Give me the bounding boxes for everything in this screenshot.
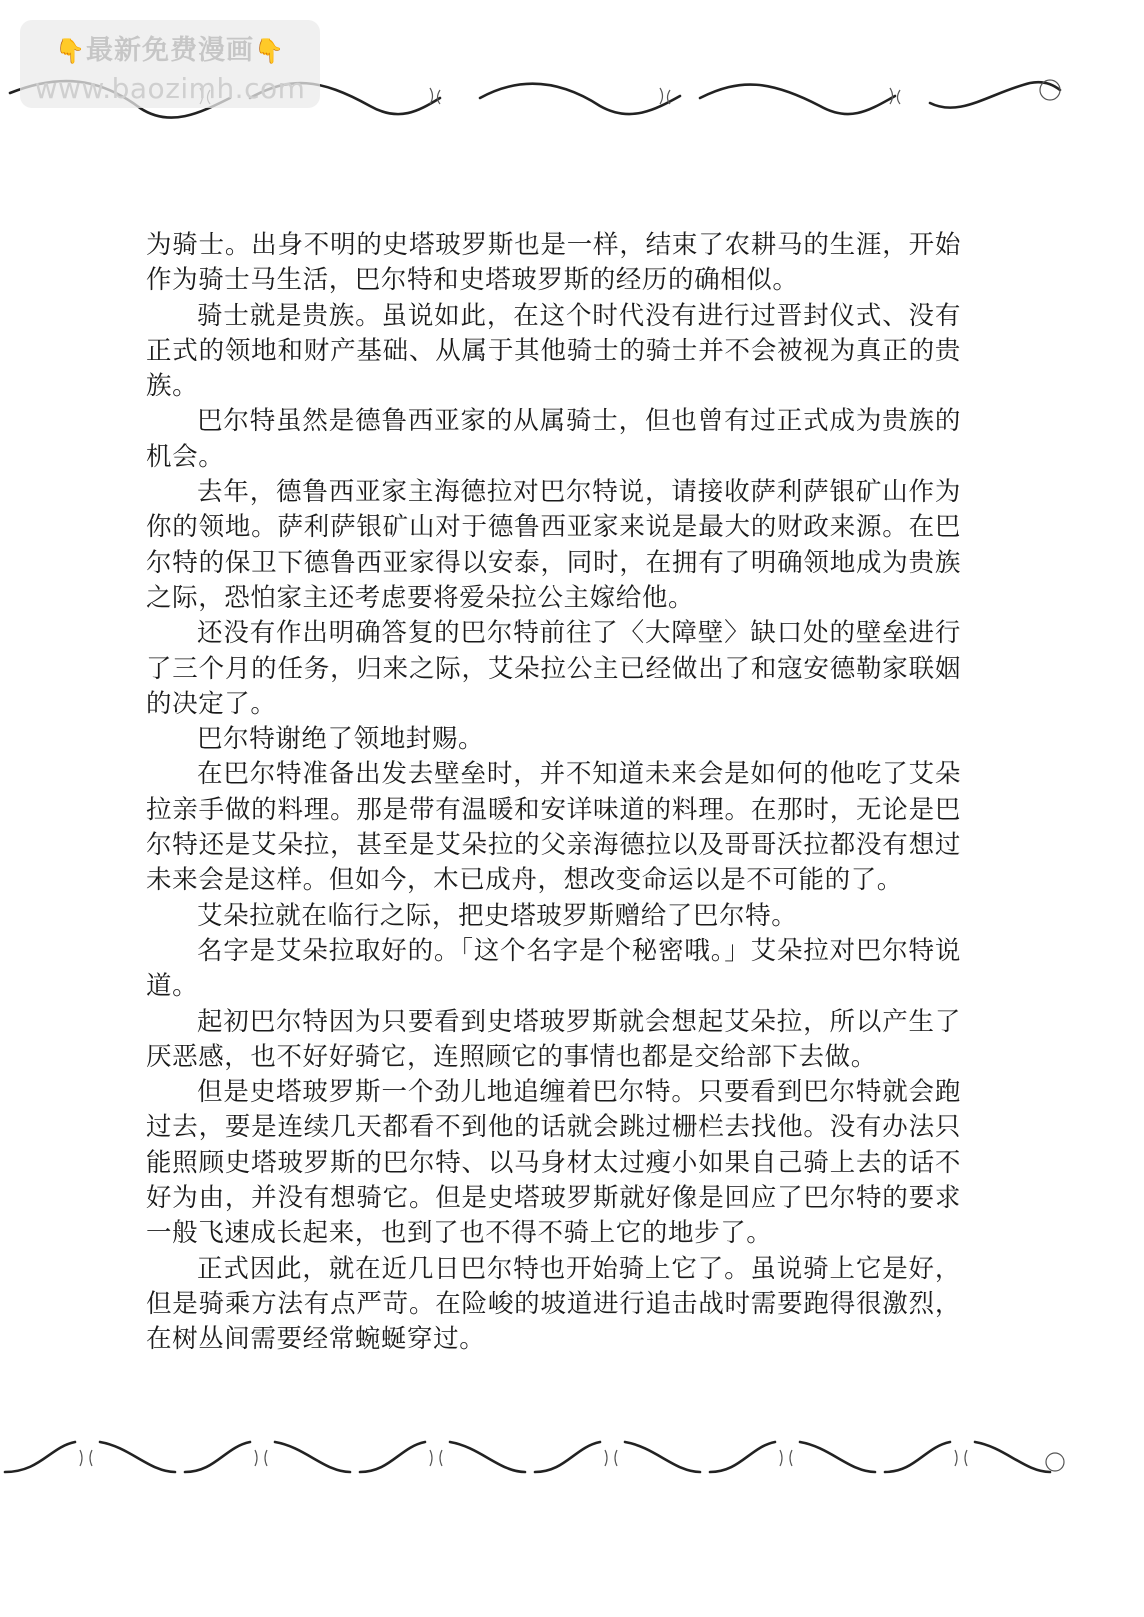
- paragraph: 但是史塔玻罗斯一个劲儿地追缠着巴尔特。只要看到巴尔特就会跑过去，要是连续几天都看…: [146, 1075, 961, 1251]
- paragraph: 在巴尔特准备出发去壁垒时，并不知道未来会是如何的他吃了艾朵拉亲手做的料理。那是带…: [146, 757, 961, 898]
- page-body: 为骑士。出身不明的史塔玻罗斯也是一样，结束了农耕马的生涯，开始作为骑士马生活，巴…: [146, 228, 961, 1358]
- paragraph: 正式因此，就在近几日巴尔特也开始骑上它了。虽说骑上它是好，但是骑乘方法有点严苛。…: [146, 1252, 961, 1358]
- paragraph: 名字是艾朵拉取好的。「这个名字是个秘密哦。」艾朵拉对巴尔特说道。: [146, 934, 961, 1005]
- watermark-title: 👇最新免费漫画👇: [20, 28, 320, 67]
- watermark-title-text: 最新免费漫画: [86, 35, 254, 66]
- ornamental-border-bottom-icon: [0, 1432, 1144, 1492]
- paragraph: 巴尔特虽然是德鲁西亚家的从属骑士，但也曾有过正式成为贵族的机会。: [146, 404, 961, 475]
- paragraph: 骑士就是贵族。虽说如此，在这个时代没有进行过晋封仪式、没有正式的领地和财产基础、…: [146, 299, 961, 405]
- watermark-banner[interactable]: 👇最新免费漫画👇 www.baozimh.com: [20, 20, 320, 108]
- paragraph: 去年，德鲁西亚家主海德拉对巴尔特说，请接收萨利萨银矿山作为你的领地。萨利萨银矿山…: [146, 475, 961, 616]
- watermark-url[interactable]: www.baozimh.com: [20, 72, 320, 105]
- paragraph: 巴尔特谢绝了领地封赐。: [146, 722, 961, 757]
- paragraph: 还没有作出明确答复的巴尔特前往了〈大障壁〉缺口处的壁垒进行了三个月的任务，归来之…: [146, 616, 961, 722]
- paragraph: 艾朵拉就在临行之际，把史塔玻罗斯赠给了巴尔特。: [146, 899, 961, 934]
- pointing-down-hand-icon: 👇: [55, 37, 86, 65]
- paragraph: 起初巴尔特因为只要看到史塔玻罗斯就会想起艾朵拉，所以产生了厌恶感，也不好好骑它，…: [146, 1005, 961, 1076]
- paragraph: 为骑士。出身不明的史塔玻罗斯也是一样，结束了农耕马的生涯，开始作为骑士马生活，巴…: [146, 228, 961, 299]
- pointing-down-hand-icon: 👇: [254, 37, 285, 65]
